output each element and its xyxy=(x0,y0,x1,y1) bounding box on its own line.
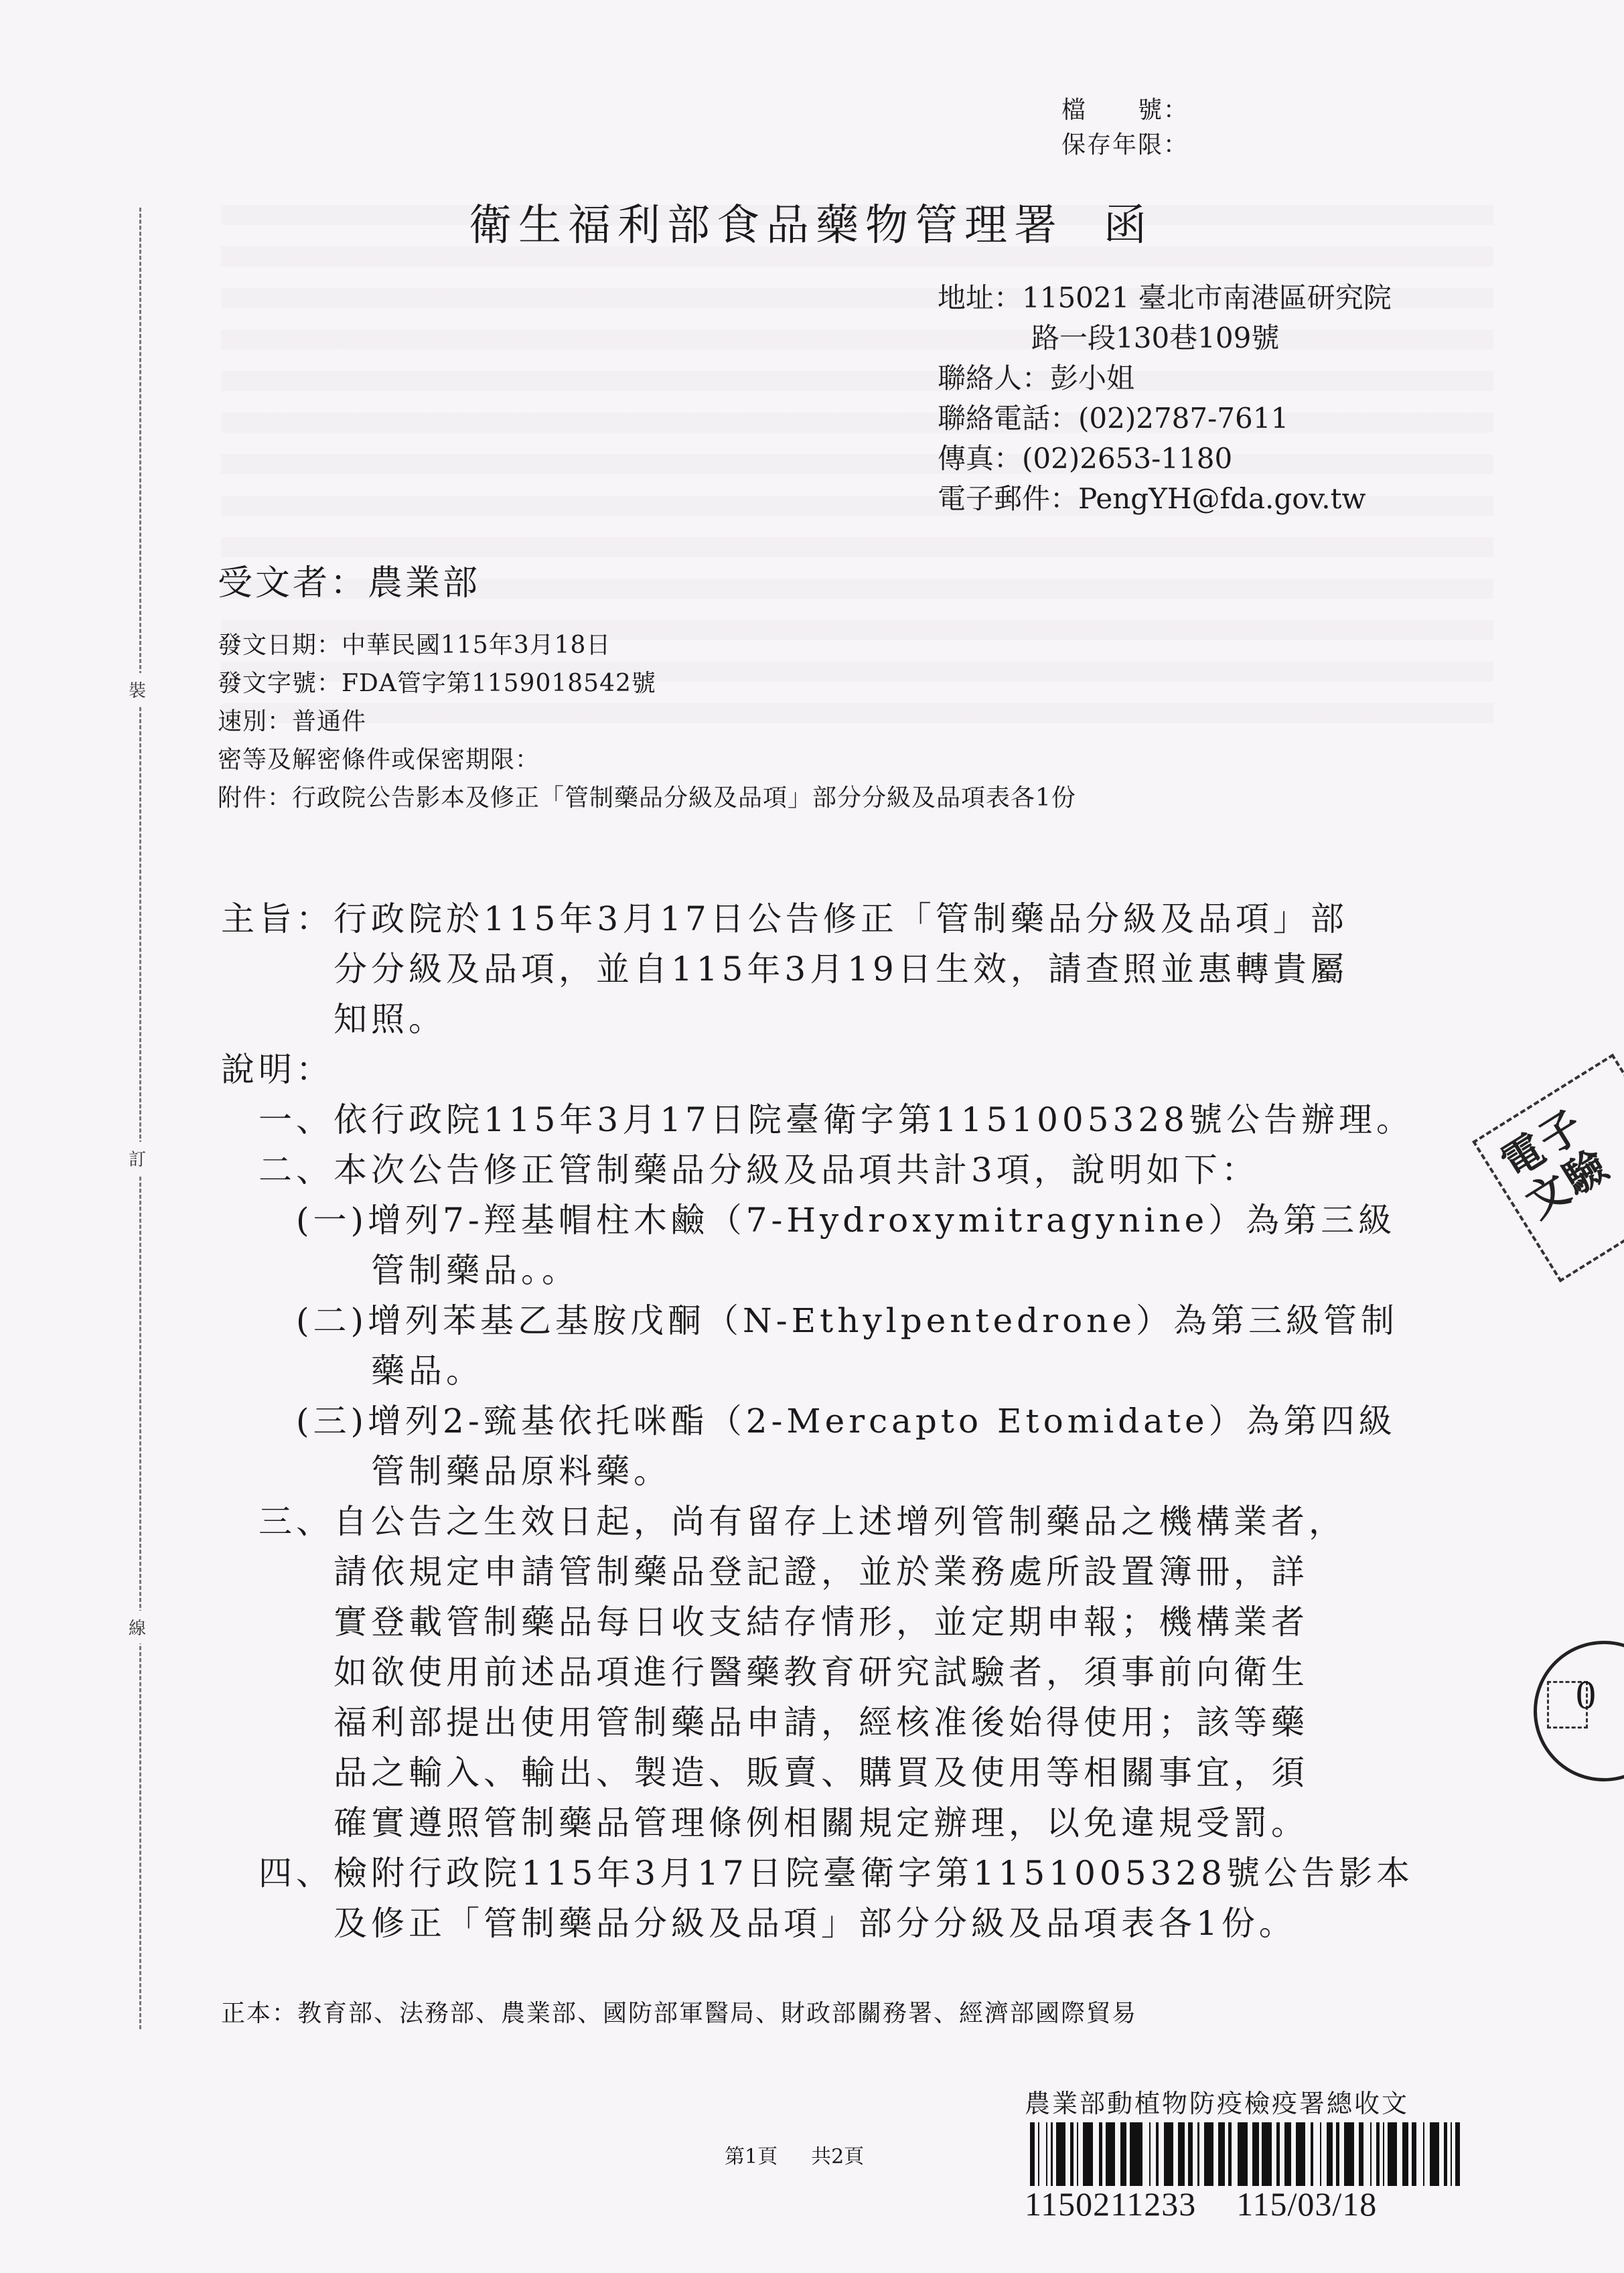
contact-person: 彭小姐 xyxy=(1050,362,1134,394)
email-label: 電子郵件： xyxy=(938,482,1078,515)
receipt-numbers: 1150211233115/03/18 xyxy=(1025,2187,1460,2221)
sub-item-1-line-1: (一)增列7-羥基帽柱木鹼（7-Hydroxymitragynine）為第三級 xyxy=(221,1195,1414,1246)
explanation-item-3-line-3: 實登載管制藥品每日收支結存情形，並定期申報；機構業者 xyxy=(221,1597,1414,1647)
dispatch-number: 發文字號：FDA管字第1159018542號 xyxy=(218,664,1076,703)
classification: 密等及解密條件或保密期限： xyxy=(218,741,1076,779)
binding-mark-zhuang: 裝 xyxy=(129,673,146,706)
stamp-digit: 0 xyxy=(1576,1672,1596,1718)
document-title: 衛生福利部食品藥物管理署函 xyxy=(469,191,1153,252)
explanation-item-3-line-4: 如欲使用前述品項進行醫藥教育研究試驗者，須事前向衛生 xyxy=(221,1647,1414,1698)
address-label: 地址： xyxy=(938,281,1022,314)
priority: 速別：普通件 xyxy=(218,703,1076,741)
recipient: 受文者：農業部 xyxy=(218,555,480,605)
document-body: 主旨：行政院於115年3月17日公告修正「管制藥品分級及品項」部 分分級及品項，… xyxy=(221,894,1414,1949)
recipient-label: 受文者： xyxy=(218,563,368,603)
dispatch-meta: 發文日期：中華民國115年3月18日 發文字號：FDA管字第1159018542… xyxy=(218,626,1076,817)
binding-mark-ding: 訂 xyxy=(129,1142,146,1175)
receipt-number: 1150211233 xyxy=(1025,2185,1196,2223)
binding-mark-xian: 線 xyxy=(129,1611,146,1643)
subject-line-1: 主旨：行政院於115年3月17日公告修正「管制藥品分級及品項」部 xyxy=(221,894,1414,944)
phone-row: 聯絡電話：(02)2787-7611 xyxy=(938,398,1392,439)
electronic-document-stamp-icon: 電子 文驗 xyxy=(1472,1053,1624,1282)
receipt-org: 農業部動植物防疫檢疫署總收文 xyxy=(1025,2083,1460,2120)
receipt-date: 115/03/18 xyxy=(1236,2185,1377,2223)
fax-row: 傳真：(02)2653-1180 xyxy=(938,439,1392,479)
attachment: 附件：行政院公告影本及修正「管制藥品分級及品項」部分分級及品項表各1份 xyxy=(218,779,1076,817)
sub-item-2-line-1: (二)增列苯基乙基胺戊酮（N-Ethylpentedrone）為第三級管制 xyxy=(221,1296,1414,1346)
address-line-2: 路一段130巷109號 xyxy=(1031,321,1279,354)
sub-item-2-line-2: 藥品。 xyxy=(221,1346,1414,1396)
fax-label: 傳真： xyxy=(938,442,1022,475)
email-row: 電子郵件：PengYH@fda.gov.tw xyxy=(938,479,1392,519)
total-pages: 共2頁 xyxy=(811,2145,864,2169)
explanation-item-1: 一、依行政院115年3月17日院臺衛字第1151005328號公告辦理。 xyxy=(221,1095,1414,1145)
carbon-copy-line: 正本：教育部、法務部、農業部、國防部軍醫局、財政部關務署、經濟部國際貿易 xyxy=(221,1994,1137,2029)
agency-name: 衛生福利部食品藥物管理署 xyxy=(469,201,1063,250)
address-line-1: 115021 臺北市南港區研究院 xyxy=(1022,281,1392,314)
dispatch-date: 發文日期：中華民國115年3月18日 xyxy=(218,626,1076,664)
document-type: 函 xyxy=(1104,201,1153,250)
explanation-item-4-line-1: 四、檢附行政院115年3月17日院臺衛字第1151005328號公告影本 xyxy=(221,1848,1414,1899)
subject-line-2: 分分級及品項，並自115年3月19日生效，請查照並惠轉貴屬 xyxy=(221,944,1414,995)
phone-label: 聯絡電話： xyxy=(938,402,1078,435)
recipient-value: 農業部 xyxy=(368,563,480,603)
sub-item-3-line-1: (三)增列2-巰基依托咪酯（2-Mercapto Etomidate）為第四級 xyxy=(221,1396,1414,1447)
current-page: 第1頁 xyxy=(725,2145,778,2169)
explanation-item-3-line-5: 福利部提出使用管制藥品申請，經核准後始得使用；該等藥 xyxy=(221,1698,1414,1748)
barcode-icon xyxy=(1030,2122,1460,2186)
retention-period-label: 保存年限： xyxy=(1061,129,1189,162)
contact-block: 地址：115021 臺北市南港區研究院 路一段130巷109號 聯絡人：彭小姐 … xyxy=(938,278,1392,519)
sub-item-3-line-2: 管制藥品原料藥。 xyxy=(221,1447,1414,1497)
explanation-item-4-line-2: 及修正「管制藥品分級及品項」部分分級及品項表各1份。 xyxy=(221,1899,1414,1949)
binding-dashed-line xyxy=(139,208,141,2029)
subject-line-3: 知照。 xyxy=(221,995,1414,1045)
file-number-label: 檔 號： xyxy=(1061,94,1189,127)
circular-stamp-icon: 0 xyxy=(1534,1641,1624,1781)
explanation-item-3-line-1: 三、自公告之生效日起，尚有留存上述增列管制藥品之機構業者， xyxy=(221,1497,1414,1547)
address-row-2: 路一段130巷109號 xyxy=(938,318,1392,358)
contact-person-label: 聯絡人： xyxy=(938,362,1050,394)
explanation-item-2: 二、本次公告修正管制藥品分級及品項共計3項，說明如下： xyxy=(221,1145,1414,1195)
address-row: 地址：115021 臺北市南港區研究院 xyxy=(938,278,1392,318)
page-number: 第1頁共2頁 xyxy=(725,2140,864,2169)
receipt-stamp: 農業部動植物防疫檢疫署總收文 1150211233115/03/18 xyxy=(1025,2083,1460,2221)
explanation-item-3-line-2: 請依規定申請管制藥品登記證，並於業務處所設置簿冊，詳 xyxy=(221,1547,1414,1597)
fax-number: (02)2653-1180 xyxy=(1022,442,1232,475)
explanation-heading: 說明： xyxy=(221,1045,1414,1095)
phone-number: (02)2787-7611 xyxy=(1078,402,1288,435)
explanation-item-3-line-7: 確實遵照管制藥品管理條例相關規定辦理，以免違規受罰。 xyxy=(221,1798,1414,1848)
contact-person-row: 聯絡人：彭小姐 xyxy=(938,358,1392,398)
explanation-item-3-line-6: 品之輸入、輸出、製造、販賣、購買及使用等相關事宜，須 xyxy=(221,1748,1414,1798)
sub-item-1-line-2: 管制藥品。。 xyxy=(221,1246,1414,1296)
email-address: PengYH@fda.gov.tw xyxy=(1078,482,1365,515)
